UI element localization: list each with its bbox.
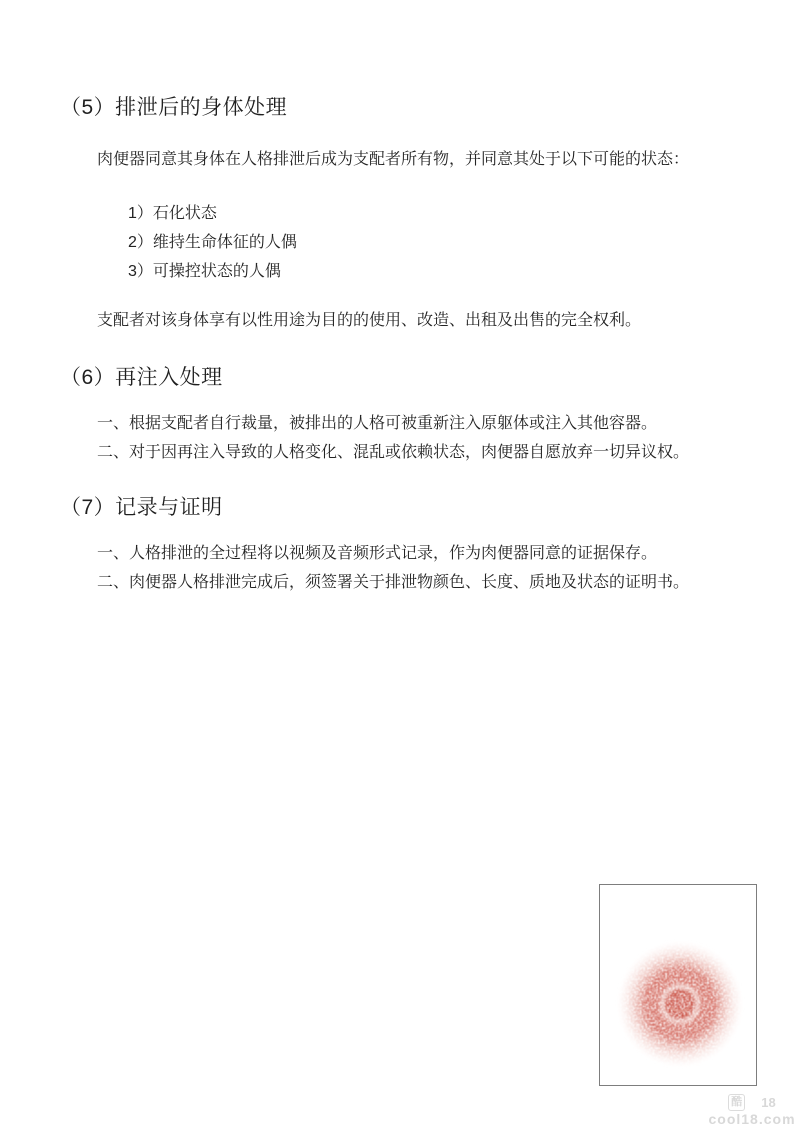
watermark-cool18: 酷 18 cool18.com [706, 1094, 798, 1127]
section-7-heading: （7）记录与证明 [60, 491, 223, 521]
clause-item: 二、对于因再注入导致的人格变化、混乱或依赖状态，肉便器自愿放弃一切异议权。 [97, 438, 689, 467]
section-5-list: 1）石化状态 2）维持生命体征的人偶 3）可操控状态的人偶 [128, 199, 297, 286]
section-5-intro: 肉便器同意其身体在人格排泄后成为支配者所有物，并同意其处于以下可能的状态： [97, 148, 689, 172]
document-page: （5）排泄后的身体处理 肉便器同意其身体在人格排泄后成为支配者所有物，并同意其处… [0, 0, 800, 1131]
clause-item: 二、肉便器人格排泄完成后，须签署关于排泄物颜色、长度、质地及状态的证明书。 [97, 568, 689, 597]
section-6-heading: （6）再注入处理 [60, 361, 223, 391]
section-5-closing: 支配者对该身体享有以性用途为目的的使用、改造、出租及出售的完全权利。 [97, 309, 641, 333]
watermark-logo-row: 酷 18 [706, 1094, 798, 1110]
watermark-number: 18 [761, 1095, 775, 1110]
watermark-domain: cool18.com [706, 1111, 798, 1127]
list-item: 3）可操控状态的人偶 [128, 257, 297, 286]
thumbprint-seal-icon [613, 937, 747, 1071]
section-7-clauses: 一、人格排泄的全过程将以视频及音频形式记录，作为肉便器同意的证据保存。 二、肉便… [97, 539, 689, 597]
section-6-clauses: 一、根据支配者自行裁量，被排出的人格可被重新注入原躯体或注入其他容器。 二、对于… [97, 409, 689, 467]
clause-item: 一、人格排泄的全过程将以视频及音频形式记录，作为肉便器同意的证据保存。 [97, 539, 689, 568]
seal-box [599, 884, 757, 1086]
clause-item: 一、根据支配者自行裁量，被排出的人格可被重新注入原躯体或注入其他容器。 [97, 409, 689, 438]
section-5-heading: （5）排泄后的身体处理 [60, 91, 287, 121]
cool18-logo-icon: 酷 [728, 1094, 745, 1111]
list-item: 1）石化状态 [128, 199, 297, 228]
list-item: 2）维持生命体征的人偶 [128, 228, 297, 257]
